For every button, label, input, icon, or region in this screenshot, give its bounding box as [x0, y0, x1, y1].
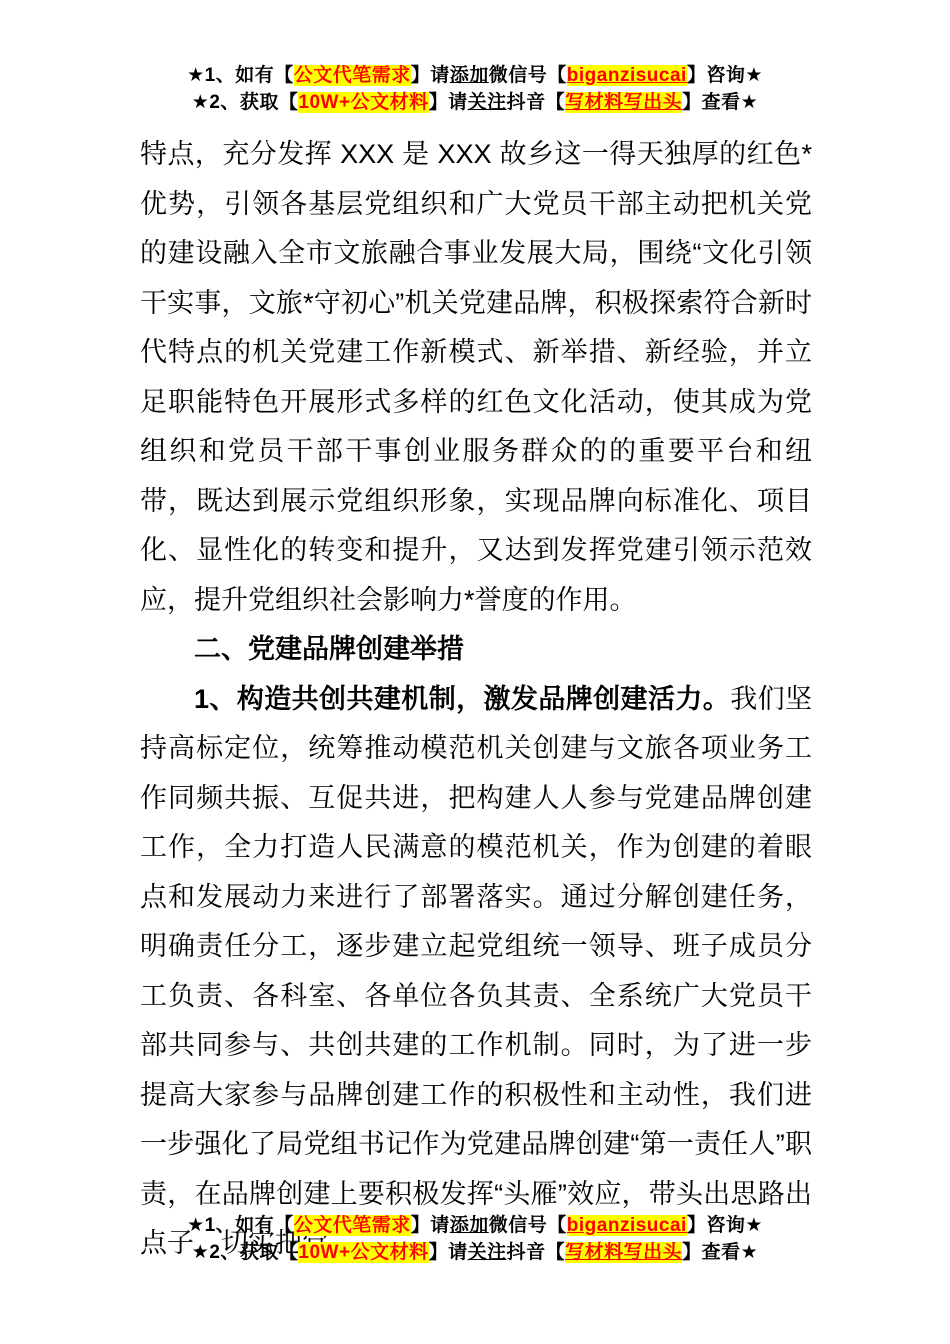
ad-text-prefix: ★2、获取【	[192, 1242, 299, 1263]
header-ad-banner: ★1、如有【公文代笔需求】请添加微信号【biganzisucai】咨询★ ★2、…	[0, 62, 950, 116]
ad-highlight-account: biganzisucai	[567, 1215, 687, 1236]
document-body: 特点，充分发挥 XXX 是 XXX 故乡这一得天独厚的红色*优势，引领各基层党组…	[140, 130, 812, 1269]
ad-text-mid: 抖音【	[507, 1242, 566, 1263]
ad-text-mid: 微信号【	[489, 1215, 567, 1236]
ad-underlined-action: 关注	[468, 1242, 507, 1263]
ad-highlight-keyword: 公文代笔需求	[294, 65, 411, 86]
ad-highlight-keyword: 公文代笔需求	[294, 1215, 411, 1236]
header-ad-line-2: ★2、获取【10W+公文材料】请关注抖音【写材料写出头】查看★	[0, 89, 950, 116]
footer-ad-line-2: ★2、获取【10W+公文材料】请关注抖音【写材料写出头】查看★	[0, 1239, 950, 1266]
ad-text-mid: 】请	[429, 1242, 468, 1263]
document-page: ★1、如有【公文代笔需求】请添加微信号【biganzisucai】咨询★ ★2、…	[0, 0, 950, 1344]
ad-text-suffix: 】咨询★	[687, 1215, 763, 1236]
ad-text-prefix: ★1、如有【	[187, 1215, 294, 1236]
measure-body-text: 我们坚持高标定位，统筹推动模范机关创建与文旅各项业务工作同频共振、互促共进，把构…	[140, 684, 812, 1259]
ad-text-mid: 】请	[429, 92, 468, 113]
ad-text-mid: 】请	[411, 65, 450, 86]
ad-text-suffix: 】查看★	[682, 92, 758, 113]
ad-text-mid: 微信号【	[489, 65, 567, 86]
ad-text-prefix: ★2、获取【	[192, 92, 299, 113]
measure-lead-bold: 1、构造共创共建机制，激发品牌创建活力。	[194, 684, 730, 714]
ad-text-suffix: 】查看★	[682, 1242, 758, 1263]
ad-highlight-account: biganzisucai	[567, 65, 687, 86]
ad-text-mid: 】请	[411, 1215, 450, 1236]
ad-text-suffix: 】咨询★	[687, 65, 763, 86]
ad-highlight-account: 写材料写出头	[565, 92, 682, 113]
ad-underlined-action: 关注	[468, 92, 507, 113]
header-ad-line-1: ★1、如有【公文代笔需求】请添加微信号【biganzisucai】咨询★	[0, 62, 950, 89]
ad-underlined-action: 添加	[450, 65, 489, 86]
footer-ad-banner: ★1、如有【公文代笔需求】请添加微信号【biganzisucai】咨询★ ★2、…	[0, 1212, 950, 1266]
paragraph-continuation: 特点，充分发挥 XXX 是 XXX 故乡这一得天独厚的红色*优势，引领各基层党组…	[140, 130, 812, 625]
ad-highlight-keyword: 10W+公文材料	[298, 92, 428, 113]
ad-highlight-account: 写材料写出头	[565, 1242, 682, 1263]
ad-highlight-keyword: 10W+公文材料	[298, 1242, 428, 1263]
section-heading: 二、党建品牌创建举措	[140, 625, 812, 675]
paragraph-measure-1: 1、构造共创共建机制，激发品牌创建活力。我们坚持高标定位，统筹推动模范机关创建与…	[140, 675, 812, 1269]
footer-ad-line-1: ★1、如有【公文代笔需求】请添加微信号【biganzisucai】咨询★	[0, 1212, 950, 1239]
ad-underlined-action: 添加	[450, 1215, 489, 1236]
ad-text-mid: 抖音【	[507, 92, 566, 113]
ad-text-prefix: ★1、如有【	[187, 65, 294, 86]
